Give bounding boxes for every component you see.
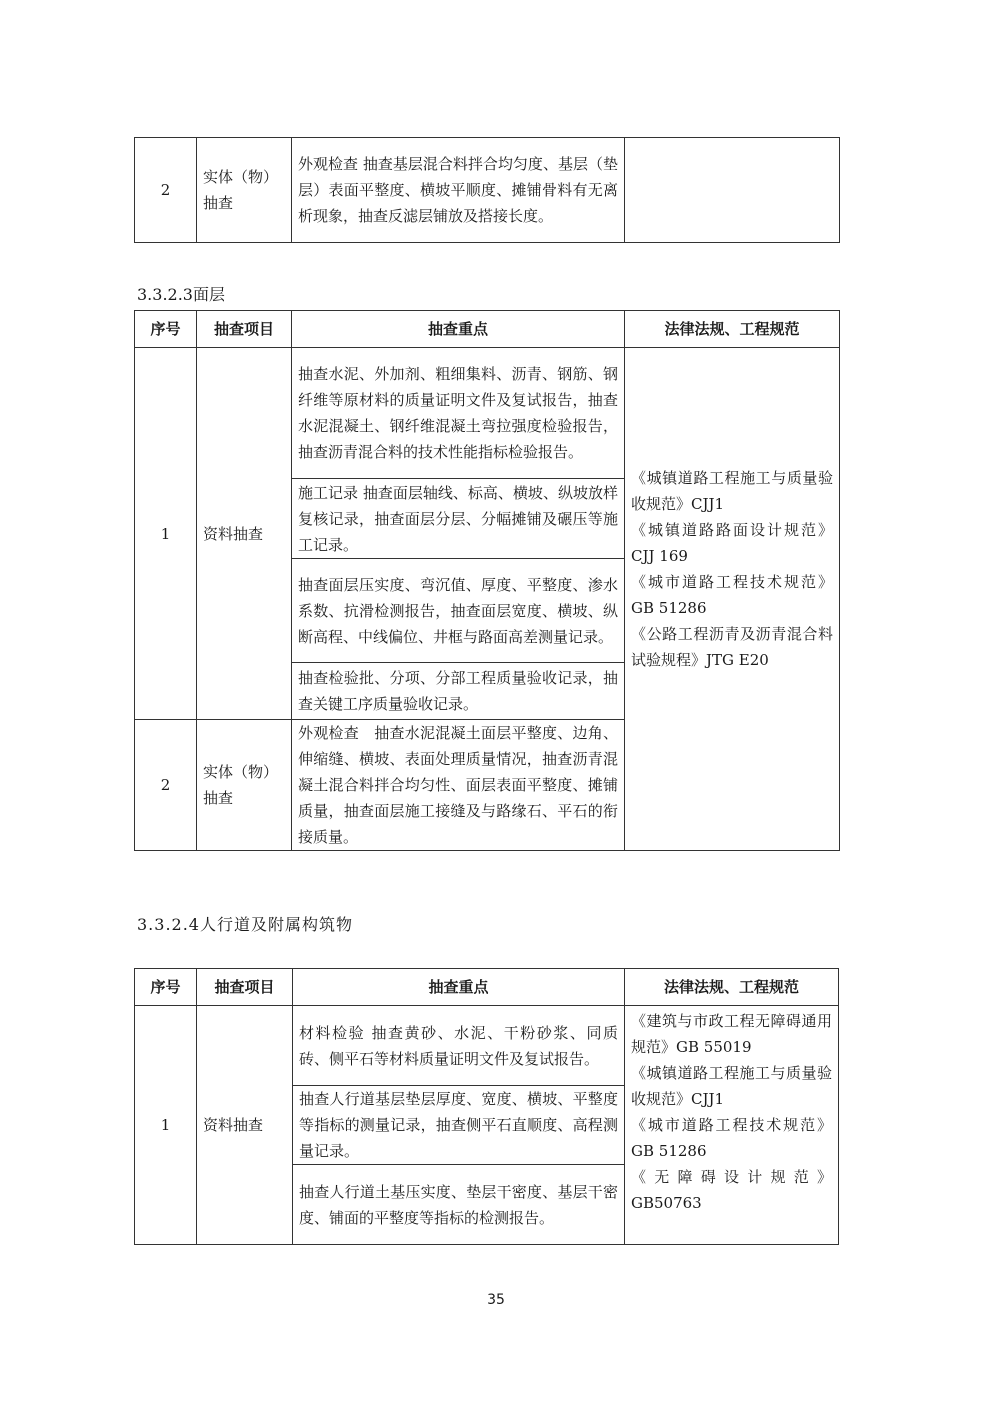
check-item: 实体（物）抽查	[197, 138, 292, 243]
check-point: 抽查人行道土基压实度、垫层干密度、基层干密度、铺面的平整度等指标的检测报告。	[293, 1165, 625, 1245]
header-law: 法律法规、工程规范	[625, 311, 840, 348]
table-row: 1 资料抽查 抽查水泥、外加剂、粗细集料、沥青、钢筋、钢纤维等原材料的质量证明文…	[135, 348, 840, 479]
check-point: 外观检查 抽查基层混合料拌合均匀度、基层（垫层）表面平整度、横坡平顺度、摊铺骨料…	[292, 138, 625, 243]
law-reference: 《建筑与市政工程无障碍通用规范》GB 55019	[631, 1008, 832, 1060]
row-number: 1	[135, 1006, 197, 1245]
check-item: 实体（物）抽查	[197, 720, 292, 851]
law-reference: 《无障碍设计规范》GB50763	[631, 1164, 832, 1216]
table-sidewalk: 序号 抽查项目 抽查重点 法律法规、工程规范 1 资料抽查 材料检验 抽查黄砂、…	[134, 968, 839, 1245]
check-point: 材料检验 抽查黄砂、水泥、干粉砂浆、同质砖、侧平石等材料质量证明文件及复试报告。	[293, 1006, 625, 1086]
check-item: 资料抽查	[197, 348, 292, 720]
check-item: 资料抽查	[197, 1006, 293, 1245]
header-point: 抽查重点	[293, 969, 625, 1006]
law-cell: 《建筑与市政工程无障碍通用规范》GB 55019 《城镇道路工程施工与质量验收规…	[625, 1006, 839, 1245]
table-surface-layer: 序号 抽查项目 抽查重点 法律法规、工程规范 1 资料抽查 抽查水泥、外加剂、粗…	[134, 310, 840, 851]
row-number: 2	[135, 720, 197, 851]
page-number: 35	[0, 1292, 992, 1308]
table-header-row: 序号 抽查项目 抽查重点 法律法规、工程规范	[135, 311, 840, 348]
header-point: 抽查重点	[292, 311, 625, 348]
law-reference: 《城镇道路路面设计规范》CJJ 169	[631, 517, 833, 569]
header-item: 抽查项目	[197, 311, 292, 348]
check-point: 抽查检验批、分项、分部工程质量验收记录，抽查关键工序质量验收记录。	[292, 663, 625, 720]
law-reference: 《公路工程沥青及沥青混合料试验规程》JTG E20	[631, 621, 833, 673]
table-row: 2 实体（物）抽查 外观检查 抽查基层混合料拌合均匀度、基层（垫层）表面平整度、…	[135, 138, 840, 243]
table-header-row: 序号 抽查项目 抽查重点 法律法规、工程规范	[135, 969, 839, 1006]
check-point: 抽查面层压实度、弯沉值、厚度、平整度、渗水系数、抗滑检测报告，抽查面层宽度、横坡…	[292, 559, 625, 663]
header-no: 序号	[135, 311, 197, 348]
law-cell	[625, 138, 840, 243]
section-title-sidewalk: 3.3.2.4人行道及附属构筑物	[137, 912, 353, 935]
header-law: 法律法规、工程规范	[625, 969, 839, 1006]
table-row: 1 资料抽查 材料检验 抽查黄砂、水泥、干粉砂浆、同质砖、侧平石等材料质量证明文…	[135, 1006, 839, 1086]
check-point: 抽查人行道基层垫层厚度、宽度、横坡、平整度等指标的测量记录，抽查侧平石直顺度、高…	[293, 1086, 625, 1165]
law-reference: 《城镇道路工程施工与质量验收规范》CJJ1	[631, 1060, 832, 1112]
law-reference: 《城镇道路工程施工与质量验收规范》CJJ1	[631, 465, 833, 517]
check-point: 外观检查 抽查水泥混凝土面层平整度、边角、伸缩缝、横坡、表面处理质量情况，抽查沥…	[292, 720, 625, 851]
law-reference: 《城市道路工程技术规范》GB 51286	[631, 569, 833, 621]
section-title-surface-layer: 3.3.2.3面层	[137, 282, 225, 305]
check-point: 抽查水泥、外加剂、粗细集料、沥青、钢筋、钢纤维等原材料的质量证明文件及复试报告，…	[292, 348, 625, 479]
law-reference: 《城市道路工程技术规范》GB 51286	[631, 1112, 832, 1164]
document-page: 2 实体（物）抽查 外观检查 抽查基层混合料拌合均匀度、基层（垫层）表面平整度、…	[0, 0, 992, 1403]
table-base-layer-continuation: 2 实体（物）抽查 外观检查 抽查基层混合料拌合均匀度、基层（垫层）表面平整度、…	[134, 137, 840, 243]
header-no: 序号	[135, 969, 197, 1006]
row-number: 1	[135, 348, 197, 720]
check-point: 施工记录 抽查面层轴线、标高、横坡、纵坡放样复核记录，抽查面层分层、分幅摊铺及碾…	[292, 479, 625, 559]
row-number: 2	[135, 138, 197, 243]
law-cell: 《城镇道路工程施工与质量验收规范》CJJ1 《城镇道路路面设计规范》CJJ 16…	[625, 348, 840, 851]
header-item: 抽查项目	[197, 969, 293, 1006]
